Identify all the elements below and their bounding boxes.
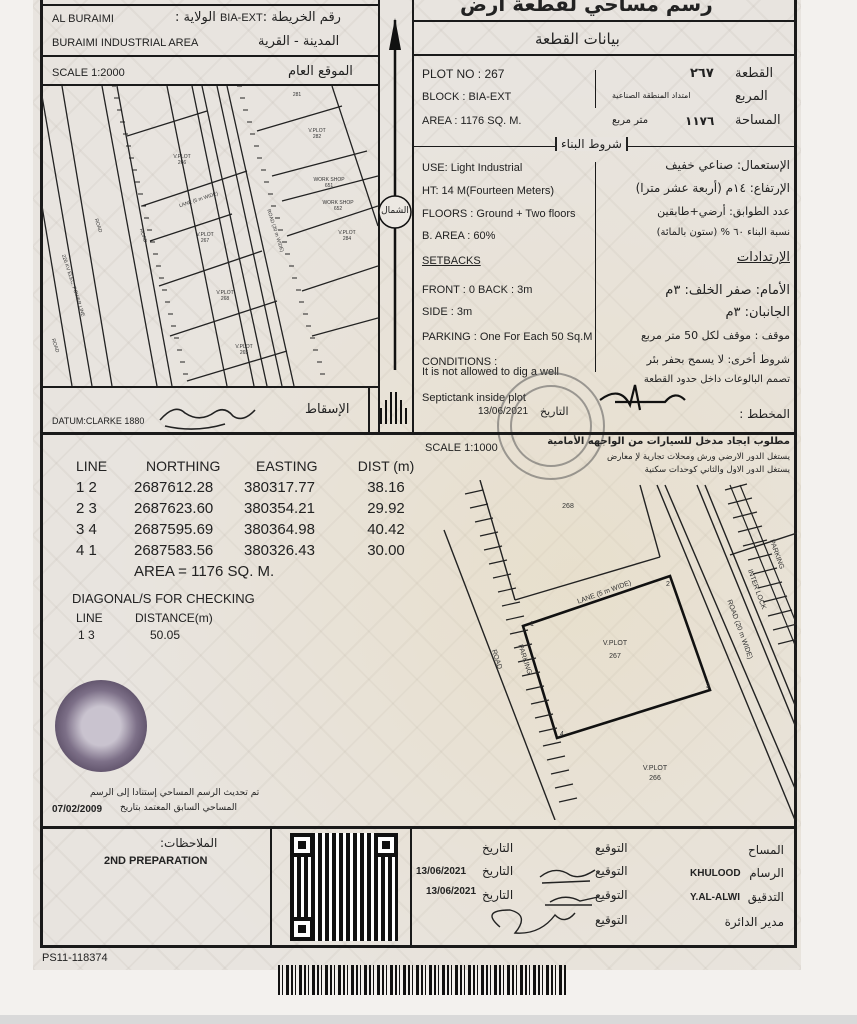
- qr-code[interactable]: [290, 833, 398, 941]
- diagonal-header-line: LINE: [76, 611, 103, 625]
- signature-name: Y.AL-ALWI: [690, 892, 740, 903]
- datum-label: DATUM:CLARKE 1880: [52, 416, 144, 426]
- svg-text:3: 3: [706, 683, 710, 690]
- divider: [40, 826, 797, 829]
- total-area: AREA = 1176 SQ. M.: [134, 563, 274, 580]
- barcode[interactable]: [278, 965, 568, 995]
- signature-date-label: التاريخ: [482, 841, 513, 855]
- svg-text:V.PLOT: V.PLOT: [643, 765, 668, 772]
- wilayat-en: AL BURAIMI: [52, 13, 114, 25]
- setbacks-ar: الإرتدادات: [737, 250, 790, 265]
- area-label-ar: المساحة: [735, 113, 781, 128]
- building-area-en: B. AREA : 60%: [422, 230, 495, 242]
- table-row: 2 32687623.60380354.2129.92: [76, 500, 416, 517]
- divider: [412, 54, 797, 56]
- parking-ar: موقف : موقف لكل 50 متر مربع: [641, 329, 790, 342]
- plan-label-ar: المخطط :: [739, 407, 790, 421]
- side-en: SIDE : 3m: [422, 306, 472, 318]
- svg-text:281: 281: [293, 92, 302, 98]
- projection-symbol-icon: [376, 386, 412, 426]
- block-label-ar: المربع: [735, 89, 768, 104]
- block-en: BLOCK : BIA-EXT: [422, 91, 511, 103]
- note-2-ar: يستغل الدور الارضي ورش ومحلات تجارية لإ …: [607, 452, 790, 462]
- height-ar: الإرتفاع: ١٤م (أربعة عشر مترا): [636, 181, 790, 195]
- update-note-date: 07/02/2009: [52, 804, 102, 815]
- diagonal-header-distance: DISTANCE(m): [135, 611, 213, 625]
- svg-text:1: 1: [530, 621, 534, 628]
- divider: [595, 162, 596, 372]
- table-row: 1 22687612.28380317.7738.16: [76, 479, 416, 496]
- svg-text:266: 266: [649, 775, 661, 782]
- svg-text:265: 265: [240, 350, 249, 356]
- plot-number-en: PLOT NO : 267: [422, 67, 504, 81]
- building-conditions-title: شروط البناء: [555, 137, 628, 151]
- floors-en: FLOORS : Ground + Two floors: [422, 208, 576, 220]
- remarks-value: 2ND PREPARATION: [104, 855, 208, 867]
- detail-plot-plan: 268 LANE (5 m WIDE) V.PLOT 267 V.PLOT 26…: [420, 480, 797, 820]
- parking-en: PARKING : One For Each 50 Sq.M: [422, 331, 592, 343]
- city-label: المدينة - القرية: [258, 34, 339, 49]
- signature-role: الرسام: [749, 866, 784, 880]
- svg-text:651: 651: [325, 183, 334, 189]
- remarks-label: الملاحظات:: [160, 836, 217, 850]
- signature-sign-label: التوقيع: [595, 841, 628, 855]
- building-area-ar: نسبة البناء ٦٠ % (ستون بالمائة): [657, 227, 790, 238]
- note-3-ar: يستغل الدور الاول والثاني كوحدات سكنية: [645, 465, 790, 475]
- map-number-label: رقم الخريطة :BIA-EXT الولاية :: [175, 10, 341, 25]
- signature-role: التدقيق: [748, 890, 784, 904]
- official-stamp-inner: [510, 385, 592, 467]
- area-en-value: AREA : 1176 SQ. M.: [422, 115, 521, 127]
- projection-label: الإسقاط: [305, 402, 349, 417]
- divider: [595, 70, 596, 108]
- divider: [40, 55, 380, 57]
- svg-text:ROAD (20 m WIDE): ROAD (20 m WIDE): [265, 208, 285, 253]
- svg-text:652: 652: [334, 206, 343, 212]
- area-unit-ar: متر مربع: [612, 115, 648, 126]
- north-arrow-icon: [378, 0, 412, 386]
- svg-text:4: 4: [560, 731, 564, 738]
- svg-text:282: 282: [313, 134, 322, 140]
- front-back-en: FRONT : 0 BACK : 3m: [422, 284, 532, 296]
- svg-text:267: 267: [201, 238, 210, 244]
- divider: [40, 432, 797, 435]
- height-en: HT: 14 M(Fourteen Meters): [422, 185, 554, 197]
- coordinates-table-header: LINE NORTHING EASTING DIST (m): [76, 458, 416, 474]
- update-note-line1: تم تحديث الرسم المساحي إستنادا إلى الرسم: [90, 788, 259, 798]
- svg-text:268: 268: [221, 296, 230, 302]
- floors-ar: عدد الطوابق: أرضي+طابقين: [657, 205, 790, 218]
- svg-text:V.PLOT: V.PLOT: [603, 640, 628, 647]
- divider: [412, 0, 414, 432]
- location-map: V.PLOT266 V.PLOT267 V.PLOT268 V.PLOT265 …: [42, 86, 378, 386]
- table-row: 3 42687595.69380364.9840.42: [76, 521, 416, 538]
- svg-text:284: 284: [343, 236, 352, 242]
- svg-text:267: 267: [609, 653, 621, 660]
- area-en: BURAIMI INDUSTRIAL AREA: [52, 37, 198, 49]
- document-id: PS11-118374: [42, 952, 108, 964]
- north-label: الشمال: [380, 206, 410, 216]
- side-ar: الجانبان: ٣م: [725, 305, 790, 320]
- signature-role: مدير الدائرة: [725, 915, 784, 929]
- svg-text:ROAD: ROAD: [138, 228, 148, 244]
- divider: [412, 20, 797, 22]
- plot-data-title: بيانات القطعة: [535, 30, 620, 48]
- svg-text:ROAD: ROAD: [490, 649, 503, 670]
- svg-text:ROAD: ROAD: [50, 338, 60, 354]
- table-row: 4 12687583.56380326.4330.00: [76, 542, 416, 559]
- conditions-ar: شروط أخرى: لا يسمح بحفر بئر: [647, 353, 790, 366]
- diagonal-distance: 50.05: [150, 628, 180, 642]
- svg-text:268: 268: [562, 503, 574, 510]
- plot-label-ar: القطعة: [735, 66, 773, 81]
- plot-number-ar: ٢٦٧: [690, 66, 714, 81]
- divider: [270, 826, 272, 948]
- signatures-scribbles: [480, 855, 680, 940]
- signature-name: KHULOOD: [690, 868, 741, 879]
- location-map-scale: SCALE 1:2000: [52, 67, 125, 79]
- detail-scale: SCALE 1:1000: [425, 442, 498, 454]
- signature-date: 13/06/2021: [416, 866, 466, 877]
- svg-text:INTER LOCK: INTER LOCK: [746, 569, 767, 611]
- use-ar: الإستعمال: صناعي خفيف: [665, 158, 790, 172]
- signature-scribble: [595, 380, 695, 420]
- svg-text:266: 266: [178, 160, 187, 166]
- government-seal-icon: [55, 680, 147, 772]
- diagonal-line: 1 3: [78, 628, 95, 642]
- svg-text:ROAD: ROAD: [93, 218, 103, 234]
- signature-date: 13/06/2021: [426, 886, 476, 897]
- svg-text:220 KV ELEC. POWER LINE: 220 KV ELEC. POWER LINE: [60, 254, 86, 318]
- scan-edge: [0, 1015, 857, 1024]
- svg-text:LANE (5 m WIDE): LANE (5 m WIDE): [178, 191, 219, 209]
- area-ar: ١١٧٦: [685, 114, 714, 128]
- setbacks-en: SETBACKS: [422, 255, 481, 267]
- divider: [368, 386, 370, 432]
- front-back-ar: الأمام: صفر الخلف: ٣م: [665, 283, 790, 298]
- divider: [40, 4, 380, 6]
- signature-role: المساح: [748, 843, 784, 857]
- update-note-line2: المساحي السابق المعتمد بتاريخ: [120, 803, 237, 813]
- document-title: رسم مساحي لقطعة أرض: [460, 0, 713, 16]
- svg-text:2: 2: [666, 581, 670, 588]
- location-map-title: الموقع العام: [288, 64, 353, 79]
- use-en: USE: Light Industrial: [422, 162, 522, 174]
- block-ar: امتداد المنطقة الصناعية: [612, 91, 691, 100]
- diagonal-title: DIAGONAL/S FOR CHECKING: [72, 591, 255, 606]
- note-1-ar: مطلوب ايجاد مدخل للسيارات من الواجهه الأ…: [547, 436, 790, 447]
- svg-text:ROAD (20 m WIDE): ROAD (20 m WIDE): [725, 599, 753, 660]
- divider: [410, 826, 412, 948]
- divider: [40, 386, 380, 388]
